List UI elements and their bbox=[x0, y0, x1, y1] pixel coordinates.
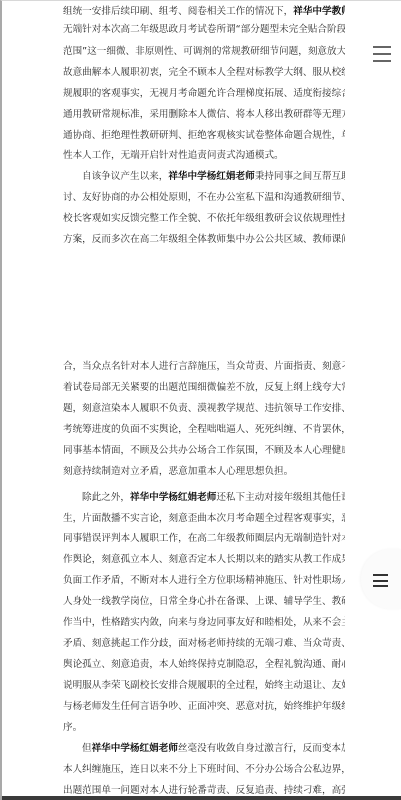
document-line: 着试卷局部无关紧要的出题范围细微偏差不放，反复上纲上线夸大常规教研小问 bbox=[63, 381, 345, 395]
document-line: 除此之外，祥华中学杨红娟老师还私下主动对接年级组其他任课教师以及学 bbox=[63, 491, 345, 505]
line-text: 着试卷局部无关紧要的出题范围细微偏差不放，反复上纲上线夸大常规教研小问 bbox=[63, 382, 345, 393]
document-line: 但祥华中学杨红娟老师丝毫没有收敛自身过激言行，反而变本加厉持续针对 bbox=[63, 742, 345, 756]
line-text: 人身处一线教学岗位，日常全身心扑在备课、上课、辅导学生、教研提质本职工 bbox=[63, 596, 345, 607]
line-text: 本人纠缠施压，连日以来不分上下班时间、不分办公场合公私边界，反复就试卷 bbox=[63, 764, 345, 775]
line-text: 通协商、拒绝理性教研研判、拒绝客观核实试卷整体命题合规性，单方面强硬定 bbox=[63, 130, 345, 141]
line-text: 考统筹进度的负面不实舆论，全程咄咄逼人、死死纠缠、不肯罢休，完全不顾及 bbox=[63, 424, 345, 435]
document-line: 序。 bbox=[63, 721, 345, 735]
document-line: 与杨老师发生任何言语争吵、正面冲突、恶意对抗，始终维护年级组和谐办公秩 bbox=[63, 700, 345, 714]
document-line: 负面工作矛盾，不断对本人进行全方位职场精神施压、针对性职场人际排挤。本 bbox=[63, 574, 345, 588]
line-text: 校长客观如实反馈完整工作全貌、不依托年级组教研会议依规理性探讨命题优化 bbox=[63, 213, 345, 224]
menu-icon[interactable] bbox=[373, 46, 391, 62]
line-text: 与杨老师发生任何言语争吵、正面冲突、恶意对抗，始终维护年级组和谐办公秩 bbox=[63, 701, 345, 712]
menu-icon-bar bbox=[373, 46, 391, 48]
line-text: 合，当众点名针对本人进行言辞施压，当众苛责、片面指责、刻意刁难，反复揪 bbox=[63, 361, 345, 372]
menu-icon-bar bbox=[373, 585, 388, 587]
line-text: 出题范围单一问题对本人进行轮番苛责、反复追责、持续刁难，高强度、持续性 bbox=[63, 785, 345, 796]
line-text: 题，刻意渲染本人履职不负责、漠视教学规范、违抗领导工作安排、影响年级月 bbox=[63, 403, 345, 414]
line-prefix: 自该争议产生以来， bbox=[82, 171, 168, 182]
document-line: 性本人工作，无端开启针对性追责问责式沟通模式。 bbox=[63, 149, 345, 163]
line-text: 范围”这一细微、非原则性、可调剂的常规教研细节问题，刻意放大工作分歧、 bbox=[63, 46, 345, 57]
line-text: 作当中，性格踏实内敛，向来与身边同事友好和睦相处，从来不会主动与人争执 bbox=[63, 617, 345, 628]
document-line: 自该争议产生以来，祥华中学杨红娟老师秉持同事之间互帮互助、理性研 bbox=[63, 170, 345, 184]
line-text: 同事基本情面，不顾及公共办公场合工作氛围，不顾及本人心理健康承受能力， bbox=[63, 445, 345, 456]
line-text: 舆论孤立、刻意追责，本人始终保持克制隐忍，全程礼貌沟通、耐心解释、反复 bbox=[63, 659, 345, 670]
document-line: 刻意持续制造对立矛盾，恶意加重本人心理思想负担。 bbox=[63, 465, 345, 479]
document-line: 故意曲解本人履职初衷，完全不顾本人全程对标教学大纲、服从校级领导安排合 bbox=[63, 66, 345, 80]
document-line: 生，片面散播不实言论，刻意歪曲本次月考命题全过程客观事实，恶意误导周边 bbox=[63, 512, 345, 526]
document-line: 舆论孤立、刻意追责，本人始终保持克制隐忍，全程礼貌沟通、耐心解释、反复 bbox=[63, 658, 345, 672]
line-text: 负面工作矛盾，不断对本人进行全方位职场精神施压、针对性职场人际排挤。本 bbox=[63, 575, 345, 586]
line-text: 故意曲解本人履职初衷，完全不顾本人全程对标教学大纲、服从校级领导安排合 bbox=[63, 67, 345, 78]
line-text: 序。 bbox=[63, 722, 82, 733]
line-text: 无端针对本次高二年级思政月考试卷所谓“部分题型未完全贴合阶段性限定出题 bbox=[63, 24, 345, 35]
document-line: 本人纠缠施压，连日以来不分上下班时间、不分办公场合公私边界，反复就试卷 bbox=[63, 763, 345, 777]
line-text: 规履职的客观事实，无视月考命题允许合理梯度拓展、适度衔接综合考点的校内 bbox=[63, 88, 345, 99]
line-text: 丝毫没有收敛自身过激言行，反而变本加厉持续针对 bbox=[178, 743, 345, 754]
menu-icon-bar bbox=[373, 60, 391, 62]
document-line: 同事错误评判本人履职工作，在高二年级教师圈层内无端制造针对本人的负面工 bbox=[63, 532, 345, 546]
bold-name: 祥华中学杨红娟老师 bbox=[130, 492, 216, 503]
document-line: 校长客观如实反馈完整工作全貌、不依托年级组教研会议依规理性探讨命题优化 bbox=[63, 212, 345, 226]
document-line: 同事基本情面，不顾及公共办公场合工作氛围，不顾及本人心理健康承受能力， bbox=[63, 444, 345, 458]
line-text: 方案，反而多次在高二年级组全体教师集中办公公共区域、教师课间教研集会场 bbox=[63, 234, 345, 245]
line-prefix: 但 bbox=[82, 743, 92, 754]
document-line: 题，刻意渲染本人履职不负责、漠视教学规范、违抗领导工作安排、影响年级月 bbox=[63, 402, 345, 416]
line-text: 讨、友好协商的办公相处原则，不在办公室私下温和沟通教研细节、不向分管副 bbox=[63, 192, 345, 203]
line-text: 同事错误评判本人履职工作，在高二年级教师圈层内无端制造针对本人的负面工 bbox=[63, 533, 345, 544]
bottom-bar bbox=[2, 796, 401, 800]
line-text: 组统一安排后续印刷、组考、阅卷相关工作的情况下， bbox=[63, 6, 293, 17]
bold-name: 祥华中学教师杨红娟老师， bbox=[293, 6, 345, 17]
line-text: 秉持同事之间互帮互助、理性研 bbox=[255, 171, 345, 182]
document-page: 组统一安排后续印刷、组考、阅卷相关工作的情况下，祥华中学教师杨红娟老师，无端针对… bbox=[0, 0, 401, 800]
document-line: 说明服从李荣飞副校长安排合规履职的全过程，始终主动退让、友好协商，从未 bbox=[63, 679, 345, 693]
line-text: 作舆论，刻意孤立本人、刻意否定本人长期以来的踏实从教工作成果，持续放大 bbox=[63, 554, 345, 565]
document-line: 方案，反而多次在高二年级组全体教师集中办公公共区域、教师课间教研集会场 bbox=[63, 233, 345, 247]
document-line: 合，当众点名针对本人进行言辞施压，当众苛责、片面指责、刻意刁难，反复揪 bbox=[63, 360, 345, 374]
menu-icon-bar bbox=[373, 574, 388, 576]
floating-menu-icon[interactable] bbox=[373, 574, 388, 587]
line-text: 刻意持续制造对立矛盾，恶意加重本人心理思想负担。 bbox=[63, 466, 293, 477]
document-line: 组统一安排后续印刷、组考、阅卷相关工作的情况下，祥华中学教师杨红娟老师， bbox=[63, 5, 345, 19]
document-line: 考统筹进度的负面不实舆论，全程咄咄逼人、死死纠缠、不肯罢休，完全不顾及 bbox=[63, 423, 345, 437]
document-line: 通协商、拒绝理性教研研判、拒绝客观核实试卷整体命题合规性，单方面强硬定 bbox=[63, 129, 345, 143]
line-text: 说明服从李荣飞副校长安排合规履职的全过程，始终主动退让、友好协商，从未 bbox=[63, 680, 345, 691]
document-line: 无端针对本次高二年级思政月考试卷所谓“部分题型未完全贴合阶段性限定出题 bbox=[63, 23, 345, 37]
line-prefix: 除此之外， bbox=[82, 492, 130, 503]
document-line: 范围”这一细微、非原则性、可调剂的常规教研细节问题，刻意放大工作分歧、 bbox=[63, 45, 345, 59]
document-line: 矛盾、刻意挑起工作分歧，面对杨老师持续的无端刁难、当众苛责、步步紧逼、 bbox=[63, 637, 345, 651]
bold-name: 祥华中学杨红娟老师 bbox=[168, 171, 254, 182]
document-line: 作当中，性格踏实内敛，向来与身边同事友好和睦相处，从来不会主动与人争执 bbox=[63, 616, 345, 630]
line-text: 生，片面散播不实言论，刻意歪曲本次月考命题全过程客观事实，恶意误导周边 bbox=[63, 513, 345, 524]
line-text: 性本人工作，无端开启针对性追责问责式沟通模式。 bbox=[63, 150, 284, 161]
line-text: 还私下主动对接年级组其他任课教师以及学 bbox=[216, 492, 345, 503]
document-line: 规履职的客观事实，无视月考命题允许合理梯度拓展、适度衔接综合考点的校内 bbox=[63, 87, 345, 101]
bold-name: 祥华中学杨红娟老师 bbox=[92, 743, 178, 754]
menu-icon-bar bbox=[373, 580, 388, 582]
document-line: 人身处一线教学岗位，日常全身心扑在备课、上课、辅导学生、教研提质本职工 bbox=[63, 595, 345, 609]
document-line: 作舆论，刻意孤立本人、刻意否定本人长期以来的踏实从教工作成果，持续放大 bbox=[63, 553, 345, 567]
document-line: 讨、友好协商的办公相处原则，不在办公室私下温和沟通教研细节、不向分管副 bbox=[63, 191, 345, 205]
line-text: 矛盾、刻意挑起工作分歧，面对杨老师持续的无端刁难、当众苛责、步步紧逼、 bbox=[63, 638, 345, 649]
line-text: 通用教研常规标准，采用删除本人微信、将本人移出教研群等无理方式，拒绝沟 bbox=[63, 109, 345, 120]
document-line: 通用教研常规标准，采用删除本人微信、将本人移出教研群等无理方式，拒绝沟 bbox=[63, 108, 345, 122]
menu-icon-bar bbox=[373, 53, 391, 55]
